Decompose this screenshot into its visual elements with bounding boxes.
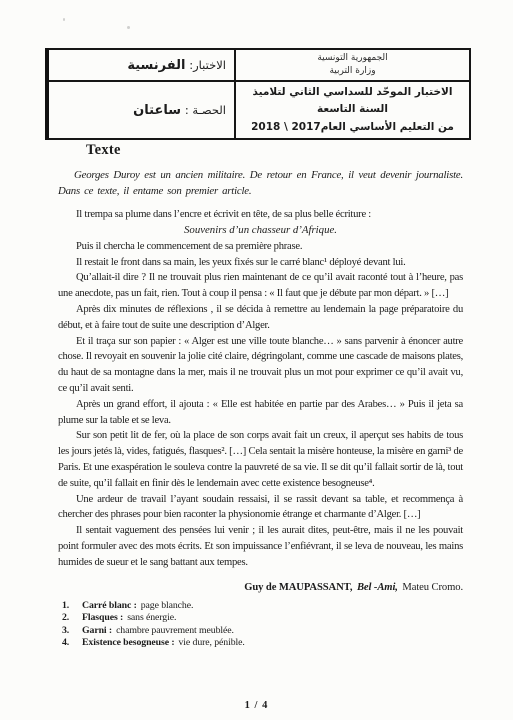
footnote-number: 1. xyxy=(58,600,82,613)
body-paragraph: Après un grand effort, il ajouta : « Ell… xyxy=(58,397,463,429)
cell-exam-subject: الاختبار: الفرنسية xyxy=(47,49,235,81)
exam-subject-label: الاختبار: xyxy=(189,58,226,72)
body-paragraph: Sur son petit lit de fer, où la place de… xyxy=(58,428,463,491)
scan-speckle xyxy=(63,18,65,21)
footnote-term: Existence besogneuse : xyxy=(82,637,175,648)
exam-subject-value: الفرنسية xyxy=(127,58,185,73)
intro-paragraph: Georges Duroy est un ancien militaire. D… xyxy=(58,168,463,199)
body-paragraph: Il restait le front dans sa main, les ye… xyxy=(58,255,463,271)
body-paragraph: Il sentait vaguement des pensées lui ven… xyxy=(58,523,463,570)
duration-value: ساعتان xyxy=(133,103,181,118)
attribution-edition: Mateu Cromo. xyxy=(402,582,463,593)
cell-exam-title: الاختبار الموحّد للسداسي الثاني لتلاميذ … xyxy=(235,81,470,139)
article-title-line: Souvenirs d’un chasseur d’Afrique. xyxy=(58,223,463,239)
footnote-number: 2. xyxy=(58,612,82,625)
header-table: الاختبار: الفرنسية الجمهورية التونسية وز… xyxy=(45,48,471,140)
footnote-number: 3. xyxy=(58,625,82,638)
footnote-definition: vie dure, pénible. xyxy=(179,637,245,648)
footnote-definition: page blanche. xyxy=(141,600,194,611)
section-title: Texte xyxy=(86,142,463,159)
footnote-item: 2. Flasques :sans énergie. xyxy=(58,612,463,625)
footnote-item: 4. Existence besogneuse :vie dure, pénib… xyxy=(58,637,463,650)
footnote-definition: sans énergie. xyxy=(127,612,176,623)
attribution: Guy de MAUPASSANT, Bel -Ami, Mateu Cromo… xyxy=(58,582,463,593)
body-paragraph: Après dix minutes de réflexions , il se … xyxy=(58,302,463,334)
attribution-work: Bel -Ami, xyxy=(357,582,398,593)
footnote-term: Flasques : xyxy=(82,612,123,623)
body-paragraph: Qu’allait-il dire ? Il ne trouvait plus … xyxy=(58,270,463,302)
document-body: Texte Georges Duroy est un ancien milita… xyxy=(58,142,463,650)
body-paragraph: Une ardeur de travail l’ayant soudain re… xyxy=(58,492,463,524)
page-number: 1 / 4 xyxy=(0,700,513,711)
footnote-item: 3. Garni :chambre pauvrement meublée. xyxy=(58,625,463,638)
cell-ministry: الجمهورية التونسية وزارة التربية xyxy=(235,49,470,81)
footnote-number: 4. xyxy=(58,637,82,650)
footnote-term: Carré blanc : xyxy=(82,600,137,611)
republic-line: الجمهورية التونسية xyxy=(244,52,461,65)
footnote-term: Garni : xyxy=(82,625,112,636)
body-paragraph: Et il traça sur son papier : « Alger est… xyxy=(58,334,463,397)
text-excerpt: Il trempa sa plume dans l’encre et écriv… xyxy=(58,207,463,570)
scan-speckle xyxy=(127,26,130,29)
scanned-exam-page: الاختبار: الفرنسية الجمهورية التونسية وز… xyxy=(0,0,513,720)
body-paragraph: Il trempa sa plume dans l’encre et écriv… xyxy=(58,207,463,223)
footnote-list: 1. Carré blanc :page blanche. 2. Flasque… xyxy=(58,600,463,650)
body-paragraph: Puis il chercha le commencement de sa pr… xyxy=(58,239,463,255)
exam-title-line1: الاختبار الموحّد للسداسي الثاني لتلاميذ … xyxy=(244,84,461,119)
footnote-item: 1. Carré blanc :page blanche. xyxy=(58,600,463,613)
cell-exam-duration: الحصـة : ساعتان xyxy=(47,81,235,139)
ministry-line: وزارة التربية xyxy=(244,65,461,78)
attribution-author: Guy de MAUPASSANT, xyxy=(244,582,352,593)
footnote-definition: chambre pauvrement meublée. xyxy=(116,625,234,636)
exam-title-line2: من التعليم الأساسي العام2017 \ 2018 xyxy=(244,119,461,136)
duration-label: الحصـة : xyxy=(185,103,226,117)
